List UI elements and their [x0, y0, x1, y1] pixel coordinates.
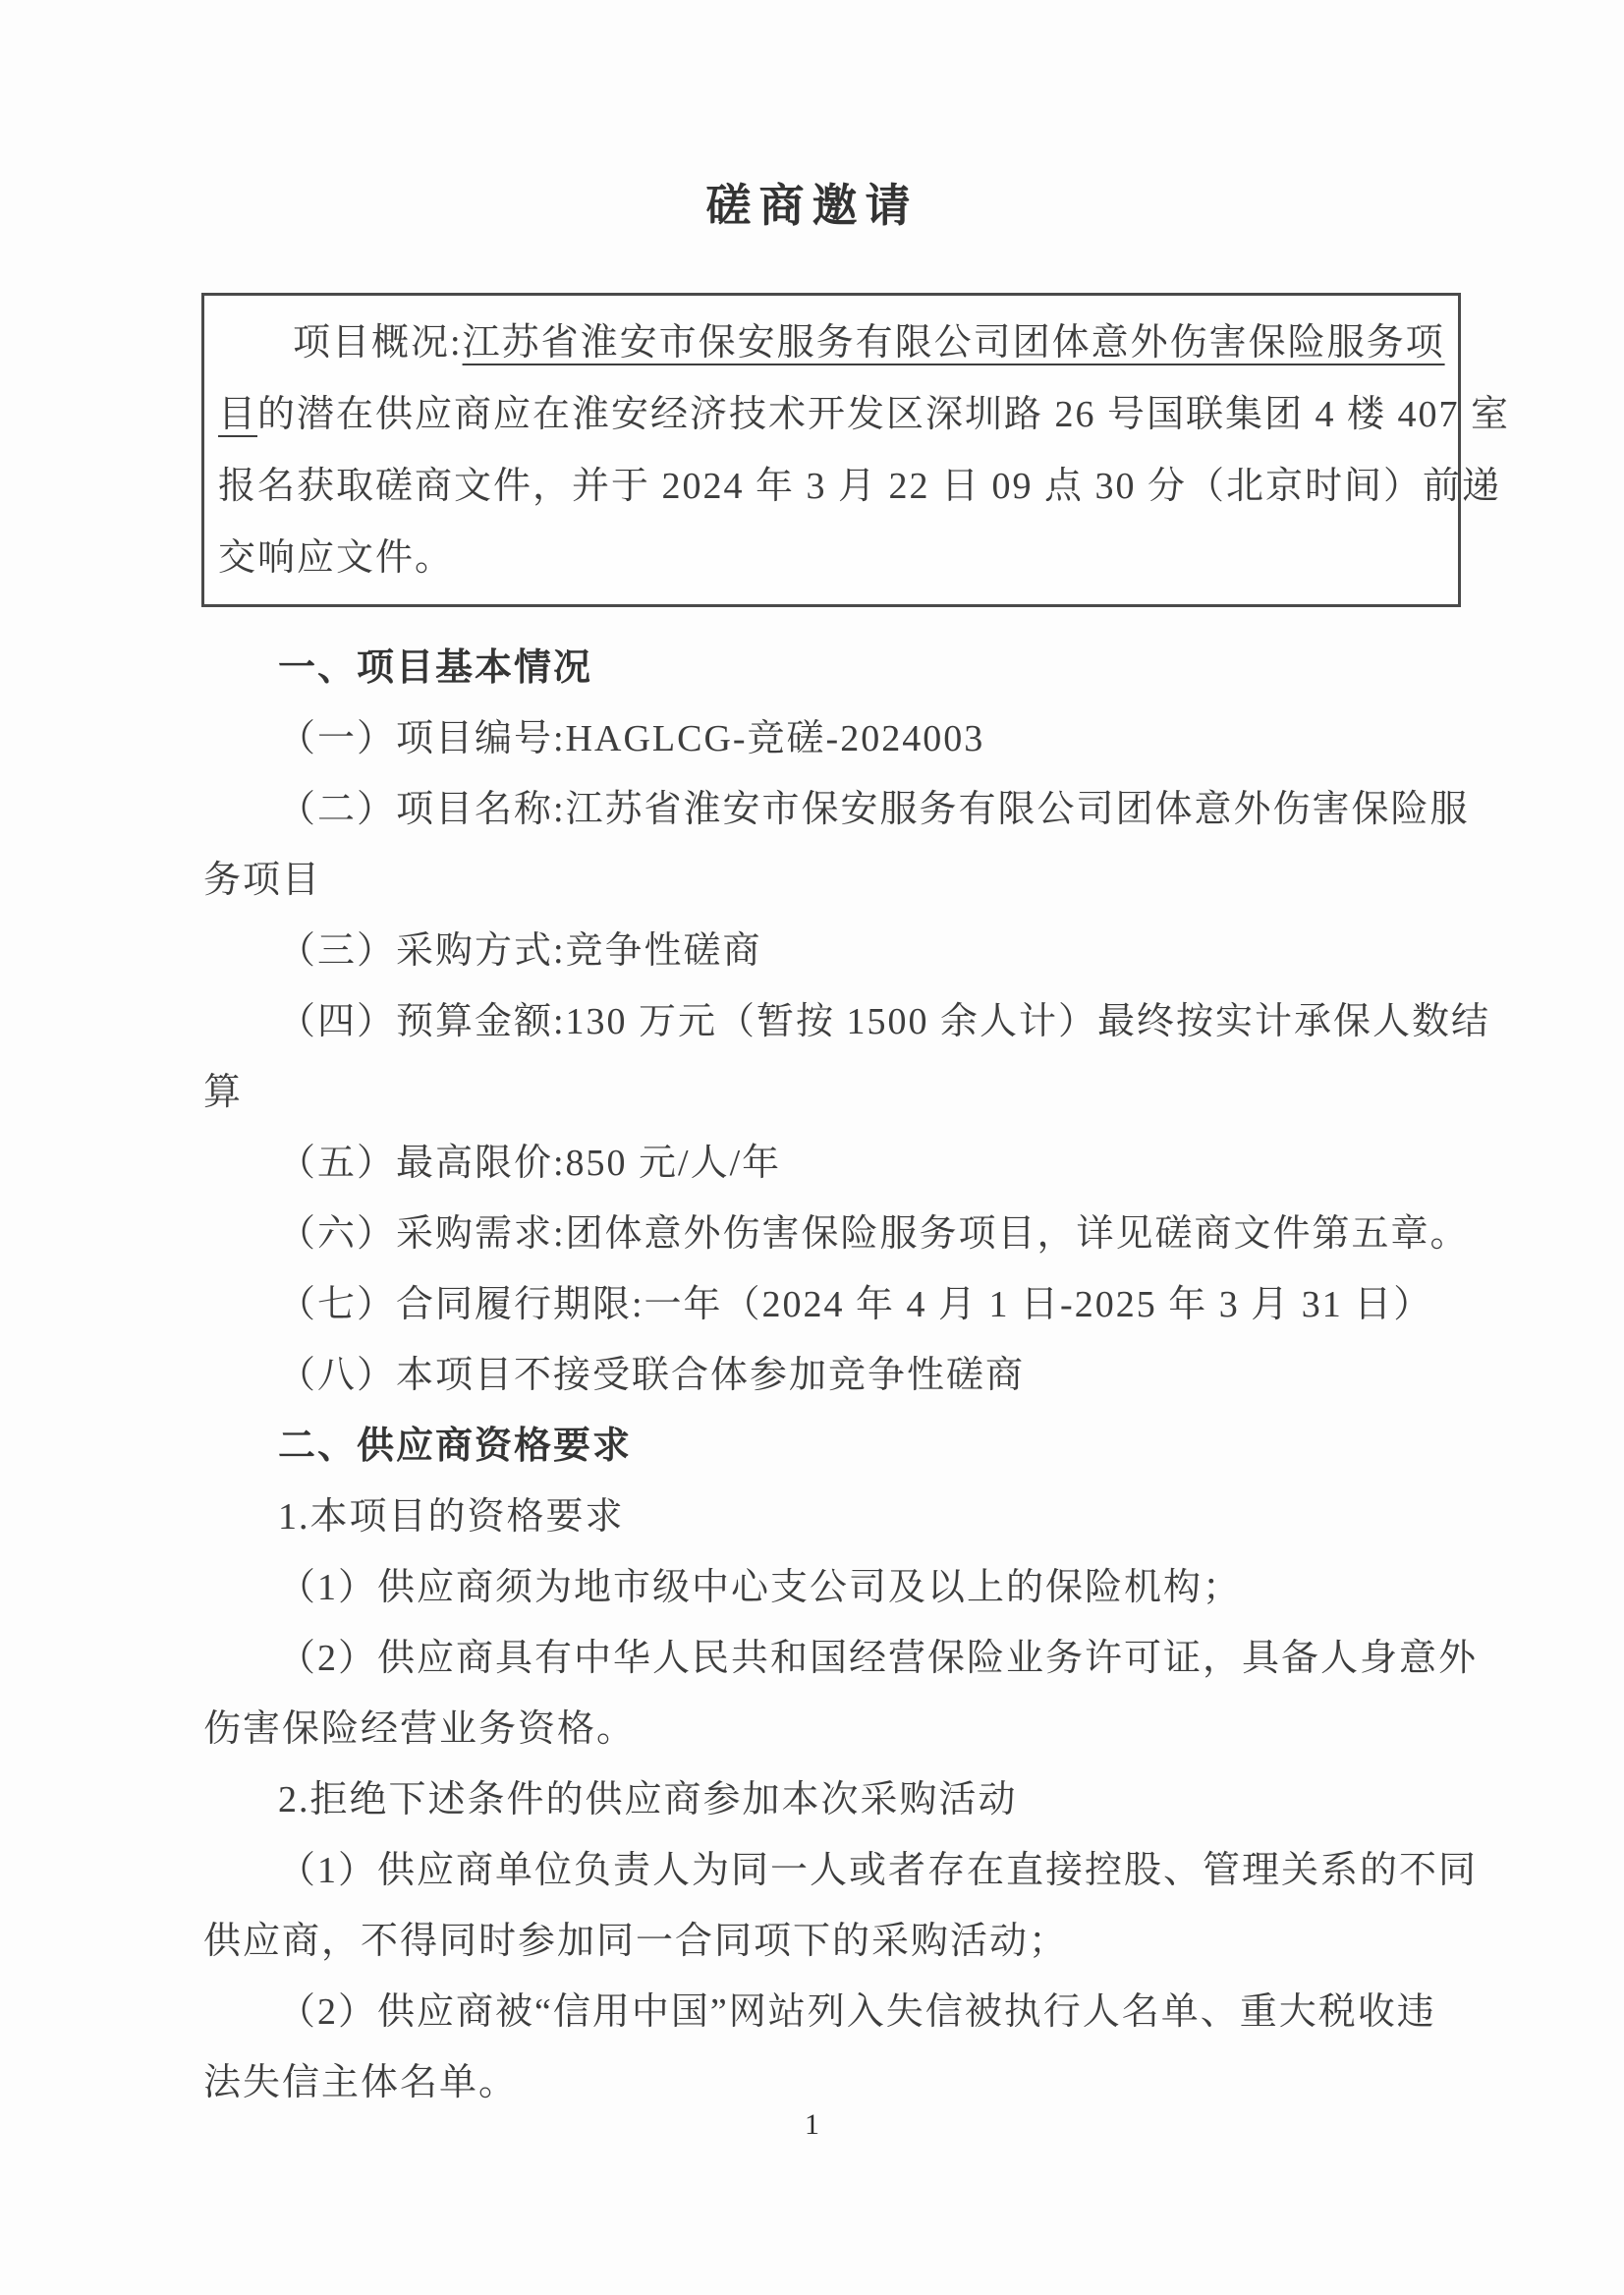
body-line: （一）项目编号:HAGLCG-竞磋-2024003 [203, 703, 1477, 774]
section-heading: 一、项目基本情况 [203, 633, 1477, 703]
body-line: （1）供应商单位负责人为同一人或者存在直接控股、管理关系的不同 [203, 1835, 1477, 1906]
body-line: （七）合同履行期限:一年（2024 年 4 月 1 日-2025 年 3 月 3… [203, 1269, 1477, 1340]
body-line: 供应商，不得同时参加同一合同项下的采购活动； [203, 1906, 1477, 1977]
page-number: 1 [0, 2108, 1624, 2142]
body-line: （三）采购方式:竞争性磋商 [203, 916, 1477, 986]
body-line: （1）供应商须为地市级中心支公司及以上的保险机构； [203, 1552, 1477, 1623]
overview-box-line: 目的潜在供应商应在淮安经济技术开发区深圳路 26 号国联集团 4 楼 407 室 [218, 379, 1444, 451]
body-line: （二）项目名称:江苏省淮安市保安服务有限公司团体意外伤害保险服 [203, 774, 1477, 845]
overview-box-line: 项目概况:江苏省淮安市保安服务有限公司团体意外伤害保险服务项 [218, 308, 1444, 379]
body-line: 2.拒绝下述条件的供应商参加本次采购活动 [203, 1764, 1477, 1835]
body-line: （五）最高限价:850 元/人/年 [203, 1128, 1477, 1199]
overview-box-line: 报名获取磋商文件，并于 2024 年 3 月 22 日 09 点 30 分（北京… [218, 451, 1444, 523]
body-line: （八）本项目不接受联合体参加竞争性磋商 [203, 1340, 1477, 1411]
overview-box: 项目概况:江苏省淮安市保安服务有限公司团体意外伤害保险服务项目的潜在供应商应在淮… [201, 293, 1461, 607]
body-line: 1.本项目的资格要求 [203, 1482, 1477, 1552]
plain-text: 的潜在供应商应在淮安经济技术开发区深圳路 26 号国联集团 4 楼 407 室 [257, 394, 1510, 435]
body-line: （四）预算金额:130 万元（暂按 1500 余人计）最终按实计承保人数结 [203, 986, 1477, 1057]
document-body: 一、项目基本情况（一）项目编号:HAGLCG-竞磋-2024003（二）项目名称… [203, 633, 1477, 2118]
body-line: 算 [203, 1057, 1477, 1128]
overview-box-line: 交响应文件。 [218, 523, 1444, 594]
underlined-text: 江苏省淮安市保安服务有限公司团体意外伤害保险服务项 [463, 322, 1445, 364]
section-heading: 二、供应商资格要求 [203, 1411, 1477, 1482]
body-line: 伤害保险经营业务资格。 [203, 1694, 1477, 1764]
document-title: 磋商邀请 [0, 0, 1624, 232]
body-line: （2）供应商被“信用中国”网站列入失信被执行人名单、重大税收违 [203, 1977, 1477, 2047]
plain-text: 交响应文件。 [218, 537, 454, 579]
body-line: 务项目 [203, 845, 1477, 916]
plain-text: 报名获取磋商文件，并于 2024 年 3 月 22 日 09 点 30 分（北京… [218, 466, 1501, 507]
body-line: （六）采购需求:团体意外伤害保险服务项目，详见磋商文件第五章。 [203, 1199, 1477, 1269]
body-line: （2）供应商具有中华人民共和国经营保险业务许可证，具备人身意外 [203, 1623, 1477, 1694]
underlined-text: 目 [218, 394, 257, 435]
document-page: 磋商邀请 项目概况:江苏省淮安市保安服务有限公司团体意外伤害保险服务项目的潜在供… [0, 0, 1624, 2295]
plain-text: 项目概况: [293, 322, 463, 364]
